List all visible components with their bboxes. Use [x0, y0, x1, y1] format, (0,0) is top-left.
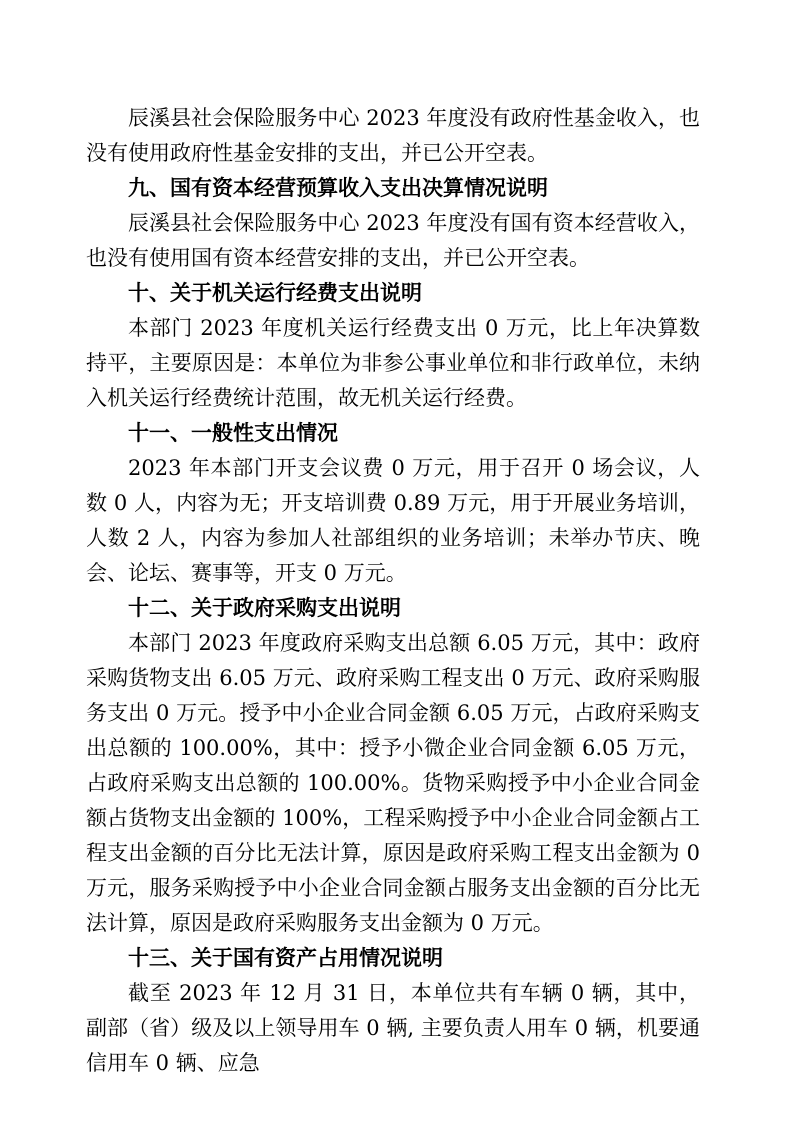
section-heading: 九、国有资本经营预算收入支出决算情况说明 — [86, 171, 700, 206]
body-paragraph: 2023 年本部门开支会议费 0 万元，用于召开 0 场会议，人数 0 人，内容… — [86, 451, 700, 591]
section-heading: 十一、一般性支出情况 — [86, 416, 700, 451]
section-heading: 十三、关于国有资产占用情况说明 — [86, 941, 700, 976]
body-paragraph: 截至 2023 年 12 月 31 日，本单位共有车辆 0 辆，其中，副部（省）… — [86, 976, 700, 1081]
document-content: 辰溪县社会保险服务中心 2023 年度没有政府性基金收入，也没有使用政府性基金安… — [86, 101, 700, 1081]
body-paragraph: 辰溪县社会保险服务中心 2023 年度没有政府性基金收入，也没有使用政府性基金安… — [86, 101, 700, 171]
section-heading: 十二、关于政府采购支出说明 — [86, 591, 700, 626]
section-heading: 十、关于机关运行经费支出说明 — [86, 276, 700, 311]
body-paragraph: 本部门 2023 年度政府采购支出总额 6.05 万元，其中：政府采购货物支出 … — [86, 626, 700, 941]
document-page: 辰溪县社会保险服务中心 2023 年度没有政府性基金收入，也没有使用政府性基金安… — [0, 0, 793, 1122]
body-paragraph: 本部门 2023 年度机关运行经费支出 0 万元，比上年决算数持平，主要原因是：… — [86, 311, 700, 416]
body-paragraph: 辰溪县社会保险服务中心 2023 年度没有国有资本经营收入，也没有使用国有资本经… — [86, 206, 700, 276]
